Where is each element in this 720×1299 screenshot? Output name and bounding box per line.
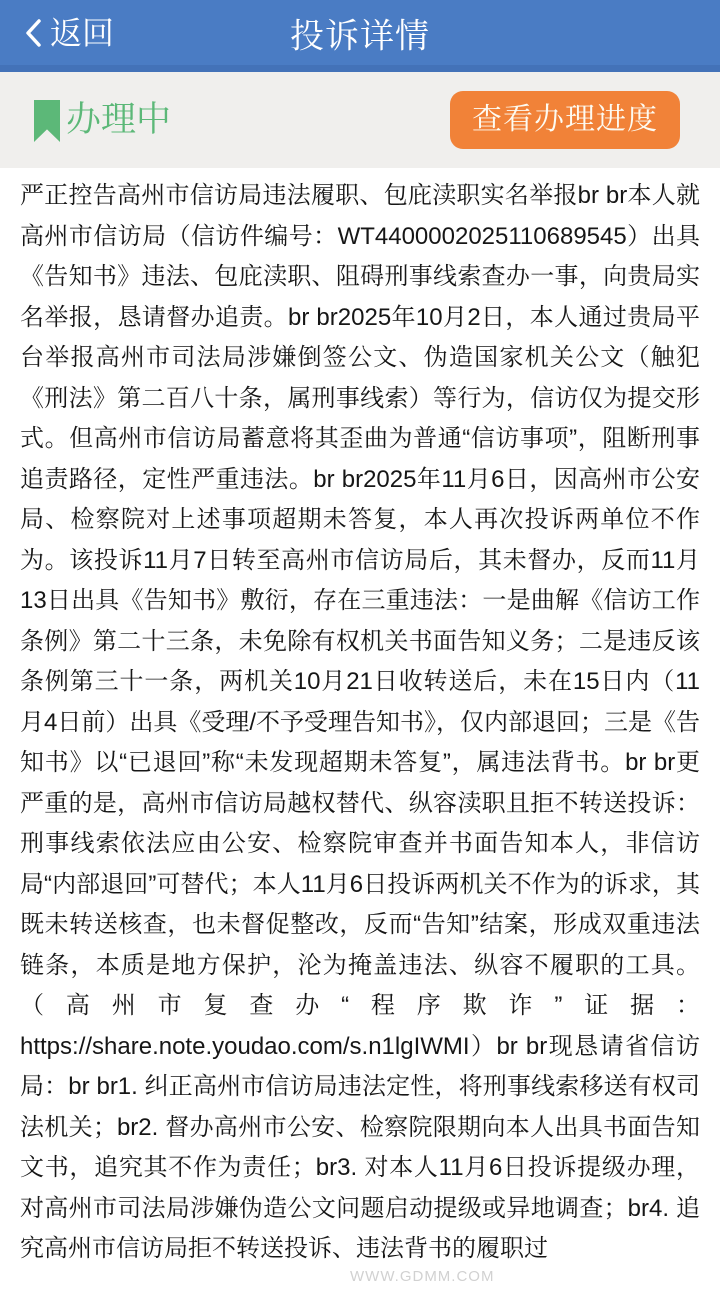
bookmark-icon [34, 100, 60, 142]
complaint-body-container: 严正控告高州市信访局违法履职、包庇渎职实名举报br br本人就高州市信访局（信访… [0, 168, 720, 1299]
view-progress-button[interactable]: 查看办理进度 [450, 91, 680, 149]
back-button[interactable]: 返回 [0, 17, 114, 49]
complaint-body-text: 严正控告高州市信访局违法履职、包庇渎职实名举报br br本人就高州市信访局（信访… [20, 176, 700, 1270]
back-label: 返回 [50, 17, 114, 49]
chevron-left-icon [24, 17, 43, 49]
status-bar: 办理中 查看办理进度 [0, 72, 720, 168]
app-header: 返回 投诉详情 [0, 0, 720, 72]
status-label: 办理中 [66, 98, 171, 142]
page-title: 投诉详情 [290, 8, 430, 57]
complaint-detail-screen: 返回 投诉详情 办理中 查看办理进度 严正控告高州市信访局违法履职、包庇渎职实名… [0, 0, 720, 1299]
status-badge: 办理中 [34, 98, 171, 142]
